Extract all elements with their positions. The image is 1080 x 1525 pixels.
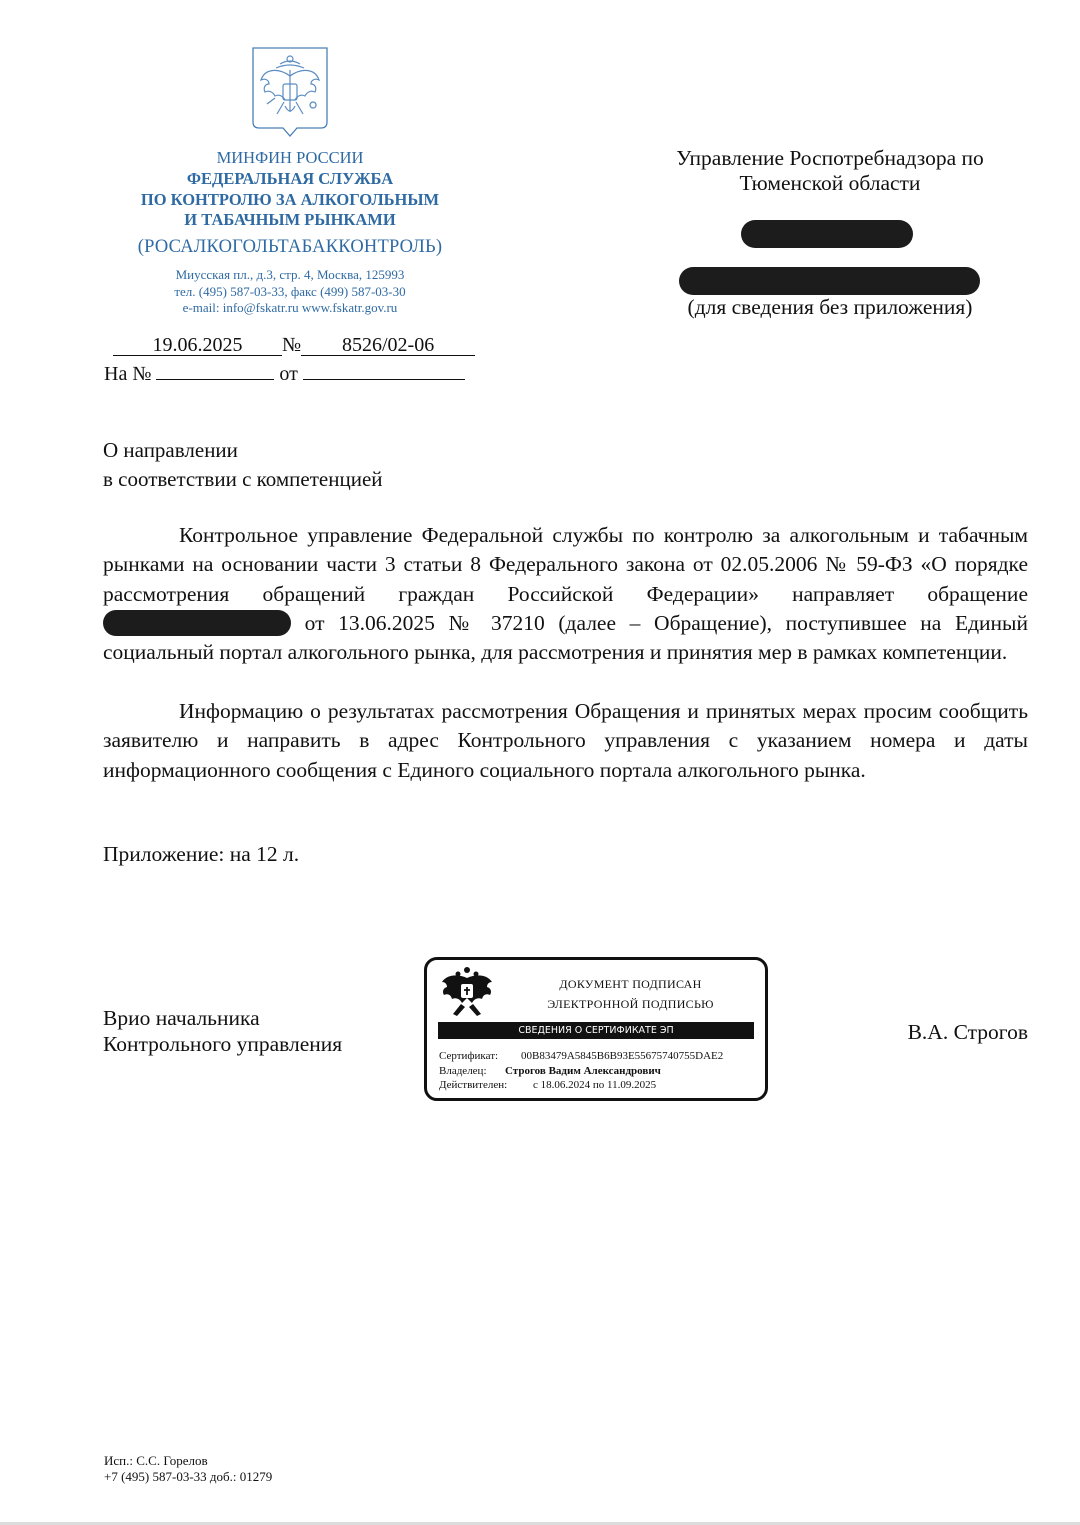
phones: тел. (495) 587-03-33, факс (499) 587-03-… [100, 284, 480, 301]
redacted-recipient-line [679, 267, 980, 295]
from-label: от [279, 363, 297, 385]
executor-phone: +7 (495) 587-03-33 доб.: 01279 [104, 1469, 272, 1485]
executor-name: Исп.: С.С. Горелов [104, 1453, 272, 1469]
reply-to-number-field [156, 379, 274, 380]
stamp-title: ДОКУМЕНТ ПОДПИСАН ЭЛЕКТРОННОЙ ПОДПИСЬЮ [503, 974, 758, 1014]
service-short-name: (РОСАЛКОГОЛЬТАБАККОНТРОЛЬ) [100, 237, 480, 258]
certificate-validity: с 18.06.2024 по 11.09.2025 [533, 1079, 656, 1091]
number-label: № [282, 334, 301, 356]
recipient-note: (для сведения без приложения) [630, 295, 1030, 320]
body-paragraph-1: Контрольное управление Федеральной служб… [103, 521, 1028, 667]
russian-coat-of-arms-icon [251, 46, 329, 138]
redacted-applicant [103, 610, 291, 636]
signatory-position: Врио начальника Контрольного управления [103, 1006, 342, 1057]
service-name: ФЕДЕРАЛЬНАЯ СЛУЖБА ПО КОНТРОЛЮ ЗА АЛКОГО… [100, 169, 480, 231]
reply-to-label: На № [104, 363, 151, 385]
web-contacts: e-mail: info@fskatr.ru www.fskatr.gov.ru [100, 300, 480, 317]
recipient-block: Управление Роспотребнадзора по Тюменской… [630, 146, 1030, 196]
appendix-note: Приложение: на 12 л. [103, 842, 299, 867]
contact-block: Миусская пл., д.3, стр. 4, Москва, 12599… [100, 267, 480, 317]
redacted-recipient-line [741, 220, 913, 248]
registration-line: 19.06.2025№8526/02-06 [113, 334, 475, 357]
double-headed-eagle-icon [439, 964, 495, 1020]
address: Миусская пл., д.3, стр. 4, Москва, 12599… [100, 267, 480, 284]
reply-to-line: На № от [104, 363, 465, 386]
certificate-number: 00B83479A5845B6B93E55675740755DAE2 [521, 1050, 723, 1062]
certificate-details: Сертификат:00B83479A5845B6B93E5567574075… [439, 1049, 723, 1093]
outgoing-date: 19.06.2025 [113, 335, 282, 356]
electronic-signature-stamp: ДОКУМЕНТ ПОДПИСАН ЭЛЕКТРОННОЙ ПОДПИСЬЮ С… [424, 957, 768, 1101]
outgoing-number: 8526/02-06 [301, 335, 475, 356]
signatory-name: В.А. Строгов [908, 1020, 1028, 1045]
ministry-name: МИНФИН РОССИИ [100, 148, 480, 168]
body-paragraph-2: Информацию о результатах рассмотрения Об… [103, 697, 1028, 785]
executor-info: Исп.: С.С. Горелов +7 (495) 587-03-33 до… [104, 1453, 272, 1485]
letter-subject: О направлении в соответствии с компетенц… [103, 436, 383, 494]
certificate-info-bar: СВЕДЕНИЯ О СЕРТИФИКАТЕ ЭП [438, 1022, 754, 1039]
certificate-owner: Строгов Вадим Александрович [505, 1065, 661, 1077]
reply-to-date-field [303, 379, 465, 380]
